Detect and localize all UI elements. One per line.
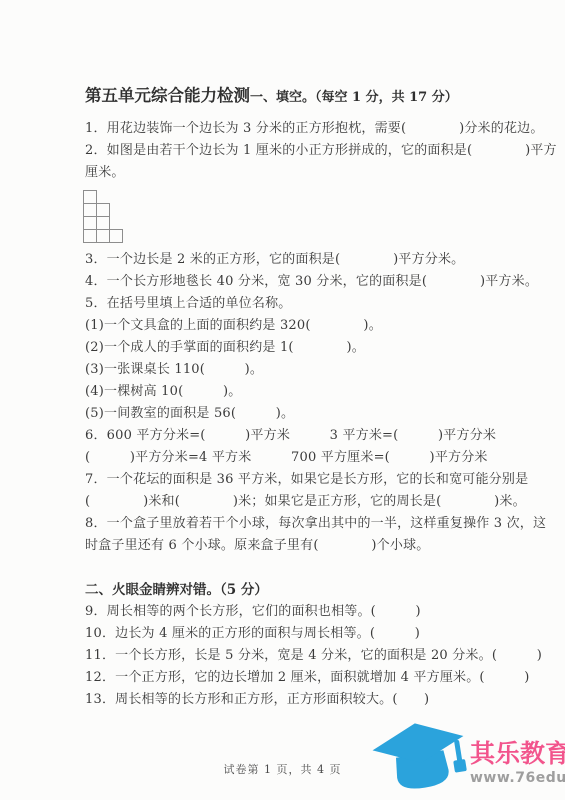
question-5: 5．在括号里填上合适的单位名称。 (85, 293, 525, 315)
question-12: 12．一个正方形，它的边长增加 2 厘米，面积就增加 4 平方厘米。( ) (85, 667, 525, 689)
unit-square (83, 203, 97, 217)
question-11: 11．一个长方形，长是 5 分米，宽是 4 分米，它的面积是 20 分米。( ) (85, 645, 525, 667)
unit-square (109, 229, 123, 243)
question-6-line-2: ( )平方分米=4 平方米 700 平方厘米=( )平方分米 (85, 447, 525, 469)
unit-square (83, 229, 97, 243)
unit-square (83, 190, 97, 204)
question-5-sub-4: (4)一棵树高 10( )。 (85, 381, 525, 403)
figure-row (83, 203, 525, 217)
paper-title-main: 第五单元综合能力检测 (85, 86, 250, 105)
unit-square (96, 203, 110, 217)
question-2-line-1: 2．如图是由若干个边长为 1 厘米的小正方形拼成的，它的面积是( )平方 (85, 140, 525, 162)
question-7-line-1: 7．一个花坛的面积是 36 平方米，如果它是长方形，它的长和宽可能分别是 (85, 469, 525, 491)
question-9: 9．周长相等的两个长方形，它们的面积也相等。( ) (85, 601, 525, 623)
unit-square (96, 216, 110, 230)
question-4: 4．一个长方形地毯长 40 分米，宽 30 分米，它的面积是( )平方米。 (85, 271, 525, 293)
paper-content: 第五单元综合能力检测一、填空。（每空 1 分，共 17 分） 1．用花边装饰一个… (85, 84, 525, 711)
question-5-sub-2: (2)一个成人的手掌面的面积约是 1( )。 (85, 337, 525, 359)
question-6-line-1: 6．600 平方分米=( )平方米 3 平方米=( )平方分米 (85, 425, 525, 447)
unit-square (83, 216, 97, 230)
paper-title-sub: 一、填空。（每空 1 分，共 17 分） (250, 90, 458, 105)
figure-row (83, 216, 525, 230)
question-3: 3．一个边长是 2 米的正方形，它的面积是( )平方分米。 (85, 249, 525, 271)
brand-logo: 其乐教育 www.76edu.com (372, 720, 565, 800)
graduation-cap-icon (372, 720, 468, 800)
brand-name: 其乐教育 (470, 740, 565, 768)
question-8-line-2: 时盒子里还有 6 个小球。原来盒子里有( )个小球。 (85, 535, 525, 557)
question-7-line-2: ( )米和( )米；如果它是正方形，它的周长是( )米。 (85, 491, 525, 513)
question-2-line-2: 厘米。 (85, 162, 525, 184)
figure-row (83, 190, 525, 204)
unit-square (96, 229, 110, 243)
section-2-heading: 二、火眼金睛辨对错。（5 分） (85, 579, 525, 601)
exam-paper-page: 第五单元综合能力检测一、填空。（每空 1 分，共 17 分） 1．用花边装饰一个… (0, 0, 565, 800)
figure-row (83, 229, 525, 243)
question-5-sub-1: (1)一个文具盒的上面的面积约是 320( )。 (85, 315, 525, 337)
unit-squares-figure (83, 190, 525, 243)
paper-title: 第五单元综合能力检测一、填空。（每空 1 分，共 17 分） (85, 84, 525, 110)
question-13: 13．周长相等的长方形和正方形，正方形面积较大。( ) (85, 689, 525, 711)
question-1: 1．用花边装饰一个边长为 3 分米的正方形抱枕，需要( )分米的花边。 (85, 118, 525, 140)
question-5-sub-5: (5)一间教室的面积是 56( )。 (85, 403, 525, 425)
brand-url: www.76edu.com (470, 770, 565, 786)
question-10: 10．边长为 4 厘米的正方形的面积与周长相等。( ) (85, 623, 525, 645)
brand-text-block: 其乐教育 www.76edu.com (470, 740, 565, 786)
question-8-line-1: 8．一个盒子里放着若干个小球，每次拿出其中的一半，这样重复操作 3 次，这 (85, 513, 525, 535)
question-5-sub-3: (3)一张课桌长 110( )。 (85, 359, 525, 381)
